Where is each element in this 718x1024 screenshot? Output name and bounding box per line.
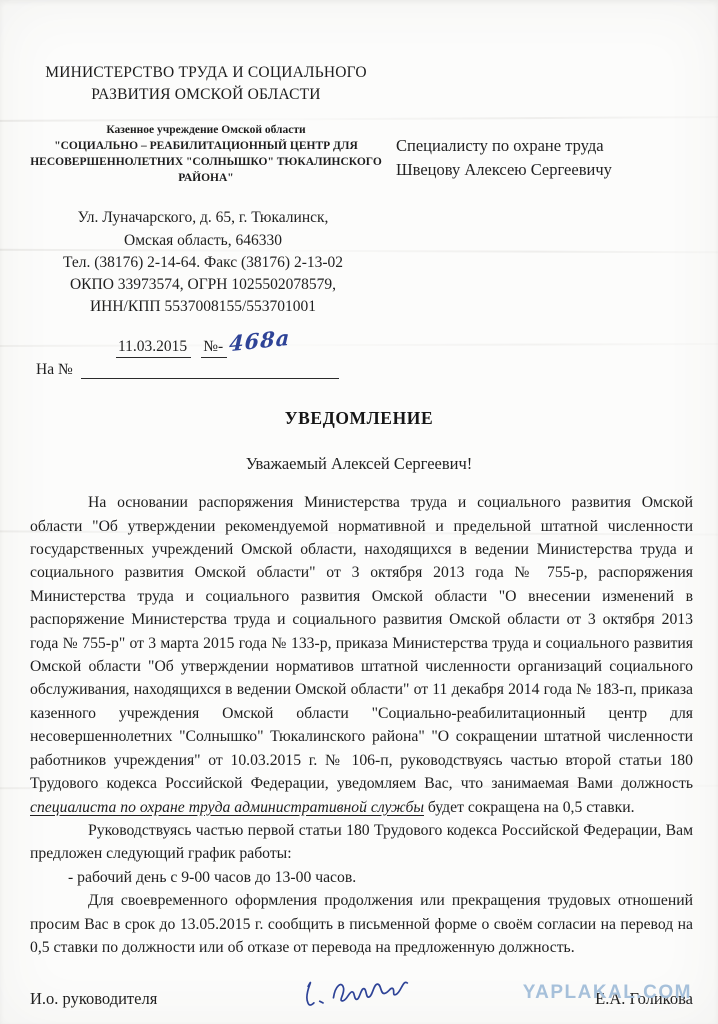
- work-schedule-line: - рабочий день с 9-00 часов до 13-00 час…: [30, 866, 693, 889]
- org-address-block: Ул. Луначарского, д. 65, г. Тюкалинск, О…: [14, 207, 392, 318]
- salutation: Уважаемый Алексей Сергеевич!: [0, 454, 718, 474]
- body-paragraph-2: Руководствуясь частью первой статьи 180 …: [30, 819, 693, 866]
- body-paragraph-3: Для своевременного оформления продолжени…: [30, 889, 693, 959]
- body-paragraph-1-end: будет сокращена на 0,5 ставки.: [424, 799, 635, 816]
- position-emphasis: специалиста по охране труда администрати…: [30, 799, 424, 816]
- signer-position: И.о. руководителя: [30, 989, 157, 1009]
- scanned-letter-page: МИНИСТЕРСТВО ТРУДА И СОЦИАЛЬНОГО РАЗВИТИ…: [0, 0, 718, 1024]
- reply-reference-blank: [81, 362, 339, 379]
- handwritten-letter-number: 468а: [229, 325, 291, 357]
- address-okpo-ogrn: ОКПО 33973574, ОГРН 1025502078579,: [14, 274, 392, 296]
- institution-block: Казенное учреждение Омской области "СОЦИ…: [30, 123, 382, 186]
- letter-number-label: №-: [201, 338, 227, 358]
- reply-reference-label: На №: [36, 361, 73, 379]
- letter-body: На основании распоряжения Министерства т…: [0, 474, 718, 959]
- body-paragraph-1: На основании распоряжения Министерства т…: [30, 491, 693, 819]
- institution-type: Казенное учреждение Омской области: [30, 123, 382, 139]
- letter-date: 11.03.2015: [116, 338, 191, 358]
- address-region: Омская область, 646330: [14, 230, 392, 252]
- institution-name: "СОЦИАЛЬНО – РЕАБИЛИТАЦИОННЫЙ ЦЕНТР ДЛЯ …: [30, 139, 382, 187]
- document-title: УВЕДОМЛЕНИЕ: [0, 408, 718, 429]
- address-phone-fax: Тел. (38176) 2-14-64. Факс (38176) 2-13-…: [14, 252, 392, 274]
- addressee-position: Специалисту по охране труда: [396, 134, 612, 158]
- body-paragraph-1-text: На основании распоряжения Министерства т…: [30, 494, 693, 792]
- address-inn-kpp: ИНН/КПП 5537008155/553701001: [14, 296, 392, 318]
- org-block: МИНИСТЕРСТВО ТРУДА И СОЦИАЛЬНОГО РАЗВИТИ…: [30, 62, 382, 186]
- reply-reference-line: На №: [36, 361, 718, 379]
- watermark-text: YAPLAKAL.COM: [523, 982, 692, 1004]
- address-street: Ул. Луначарского, д. 65, г. Тюкалинск,: [14, 207, 392, 229]
- addressee-block: Специалисту по охране труда Швецову Алек…: [396, 134, 612, 186]
- addressee-name: Швецову Алексею Сергеевичу: [396, 158, 612, 182]
- reference-line: 11.03.2015№-468а: [116, 331, 718, 357]
- handwritten-signature: [293, 961, 428, 1024]
- ministry-name: МИНИСТЕРСТВО ТРУДА И СОЦИАЛЬНОГО РАЗВИТИ…: [30, 62, 382, 106]
- letterhead: МИНИСТЕРСТВО ТРУДА И СОЦИАЛЬНОГО РАЗВИТИ…: [0, 0, 718, 186]
